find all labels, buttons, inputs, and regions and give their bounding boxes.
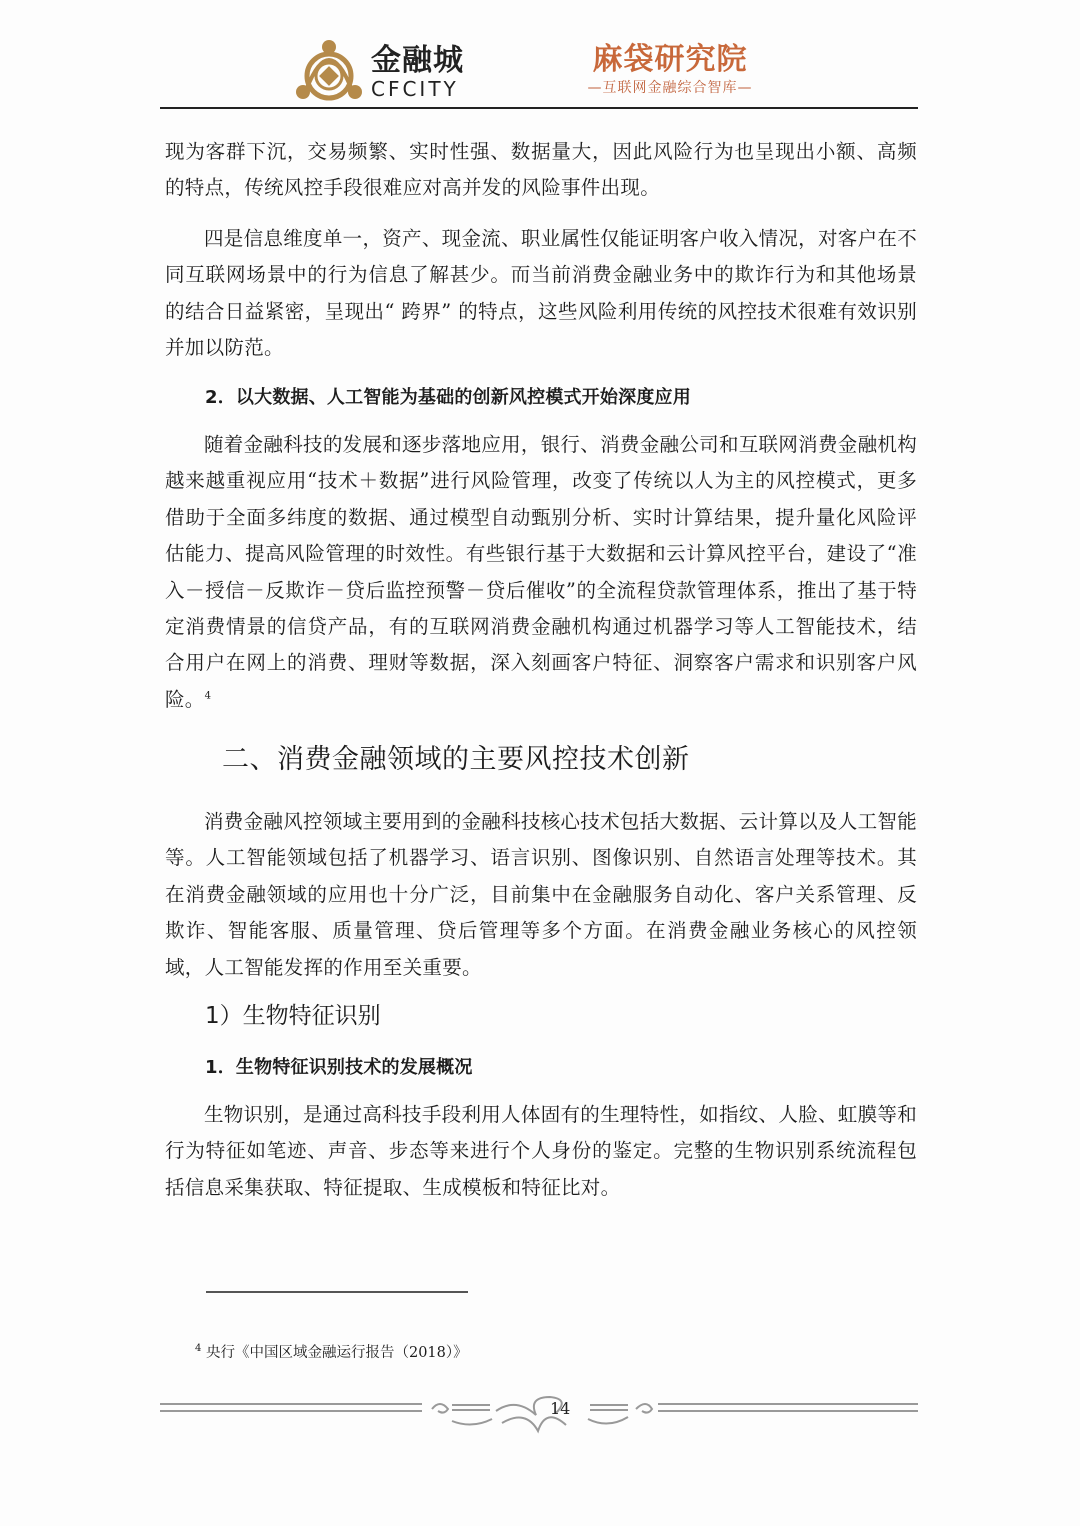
cfcity-logo-cn: 金融城: [371, 44, 464, 78]
paragraph-1: 现为客群下沉，交易频繁、实时性强、数据量大，因此风险行为也呈现出小额、高频的特点…: [165, 134, 917, 207]
cfcity-logo-en: CFCITY: [371, 78, 464, 100]
cfcity-logo-icon: [293, 38, 365, 106]
subheading-2: 2．以大数据、人工智能为基础的创新风控模式开始深度应用: [205, 383, 691, 409]
madai-logo-subtitle: —互联网金融综合智库—: [585, 78, 755, 98]
page-footer: 14: [160, 1393, 918, 1453]
footer-rule-left: [160, 1403, 422, 1412]
header-divider: [160, 107, 918, 109]
subsection-heading: 1）生物特征识别: [205, 997, 381, 1030]
footnote-number: 4: [195, 1343, 201, 1354]
madai-institute-logo: 麻袋研究院 —互联网金融综合智库—: [585, 42, 755, 98]
paragraph-2: 四是信息维度单一，资产、现金流、职业属性仅能证明客户收入情况，对客户在不同互联网…: [165, 221, 917, 367]
subheading-1: 1．生物特征识别技术的发展概况: [205, 1053, 473, 1079]
section-heading: 二、消费金融领域的主要风控技术创新: [222, 737, 690, 776]
ornament-icon: [422, 1393, 658, 1437]
paragraph-3: 随着金融科技的发展和逐步落地应用，银行、消费金融公司和互联网消费金融机构越来越重…: [165, 427, 917, 718]
paragraph-5: 生物识别，是通过高科技手段利用人体固有的生理特性，如指纹、人脸、虹膜等和行为特征…: [165, 1097, 917, 1206]
page-header: 金融城 CFCITY 麻袋研究院 —互联网金融综合智库—: [160, 34, 918, 106]
paragraph-4: 消费金融风控领域主要用到的金融科技核心技术包括大数据、云计算以及人工智能等。人工…: [165, 804, 917, 986]
footnote-ref[interactable]: 4: [205, 690, 212, 701]
footer-rule-right: [658, 1403, 918, 1412]
madai-logo-cn: 麻袋研究院: [585, 42, 755, 78]
page-number: 14: [550, 1399, 570, 1418]
footnote-divider: [206, 1291, 468, 1293]
footnote: 4 央行《中国区域金融运行报告（2018）》: [195, 1341, 468, 1362]
footnote-text: 央行《中国区域金融运行报告（2018）》: [206, 1345, 468, 1361]
paragraph-3-text: 随着金融科技的发展和逐步落地应用，银行、消费金融公司和互联网消费金融机构越来越重…: [165, 433, 917, 711]
cfcity-logo: 金融城 CFCITY: [293, 38, 464, 106]
